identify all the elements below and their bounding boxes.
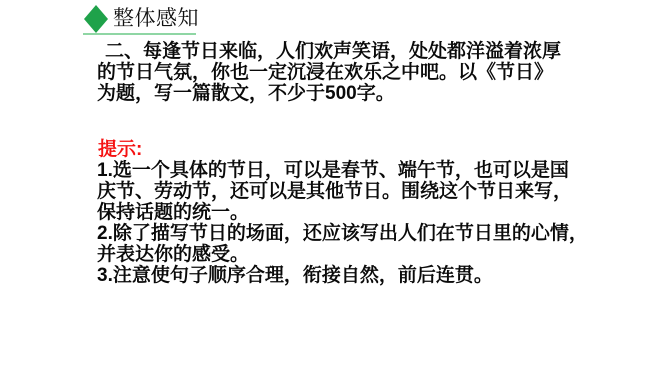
hint-item: 1.选一个具体的节日，可以是春节、端午节，也可以是国 庆节、劳动节，还可以是其他… <box>97 160 668 223</box>
slide-title: 整体感知 <box>113 2 199 32</box>
diamond-bullet-icon <box>84 5 108 33</box>
title-underline <box>83 33 196 35</box>
intro-paragraph: 二、每逢节日来临，人们欢声笑语，处处都洋溢着浓厚 的节日气氛，你也一定沉浸在欢乐… <box>97 41 668 104</box>
presentation-slide: 整体感知 二、每逢节日来临，人们欢声笑语，处处都洋溢着浓厚 的节日气氛，你也一定… <box>0 0 668 376</box>
hint-item: 3.注意使句子顺序合理，衔接自然，前后连贯。 <box>97 265 668 286</box>
hint-item: 2.除了描写节日的场面，还应该写出人们在节日里的心情， 并表达你的感受。 <box>97 223 668 265</box>
hint-list: 1.选一个具体的节日，可以是春节、端午节，也可以是国 庆节、劳动节，还可以是其他… <box>97 160 668 286</box>
hint-label: 提示: <box>98 139 142 160</box>
